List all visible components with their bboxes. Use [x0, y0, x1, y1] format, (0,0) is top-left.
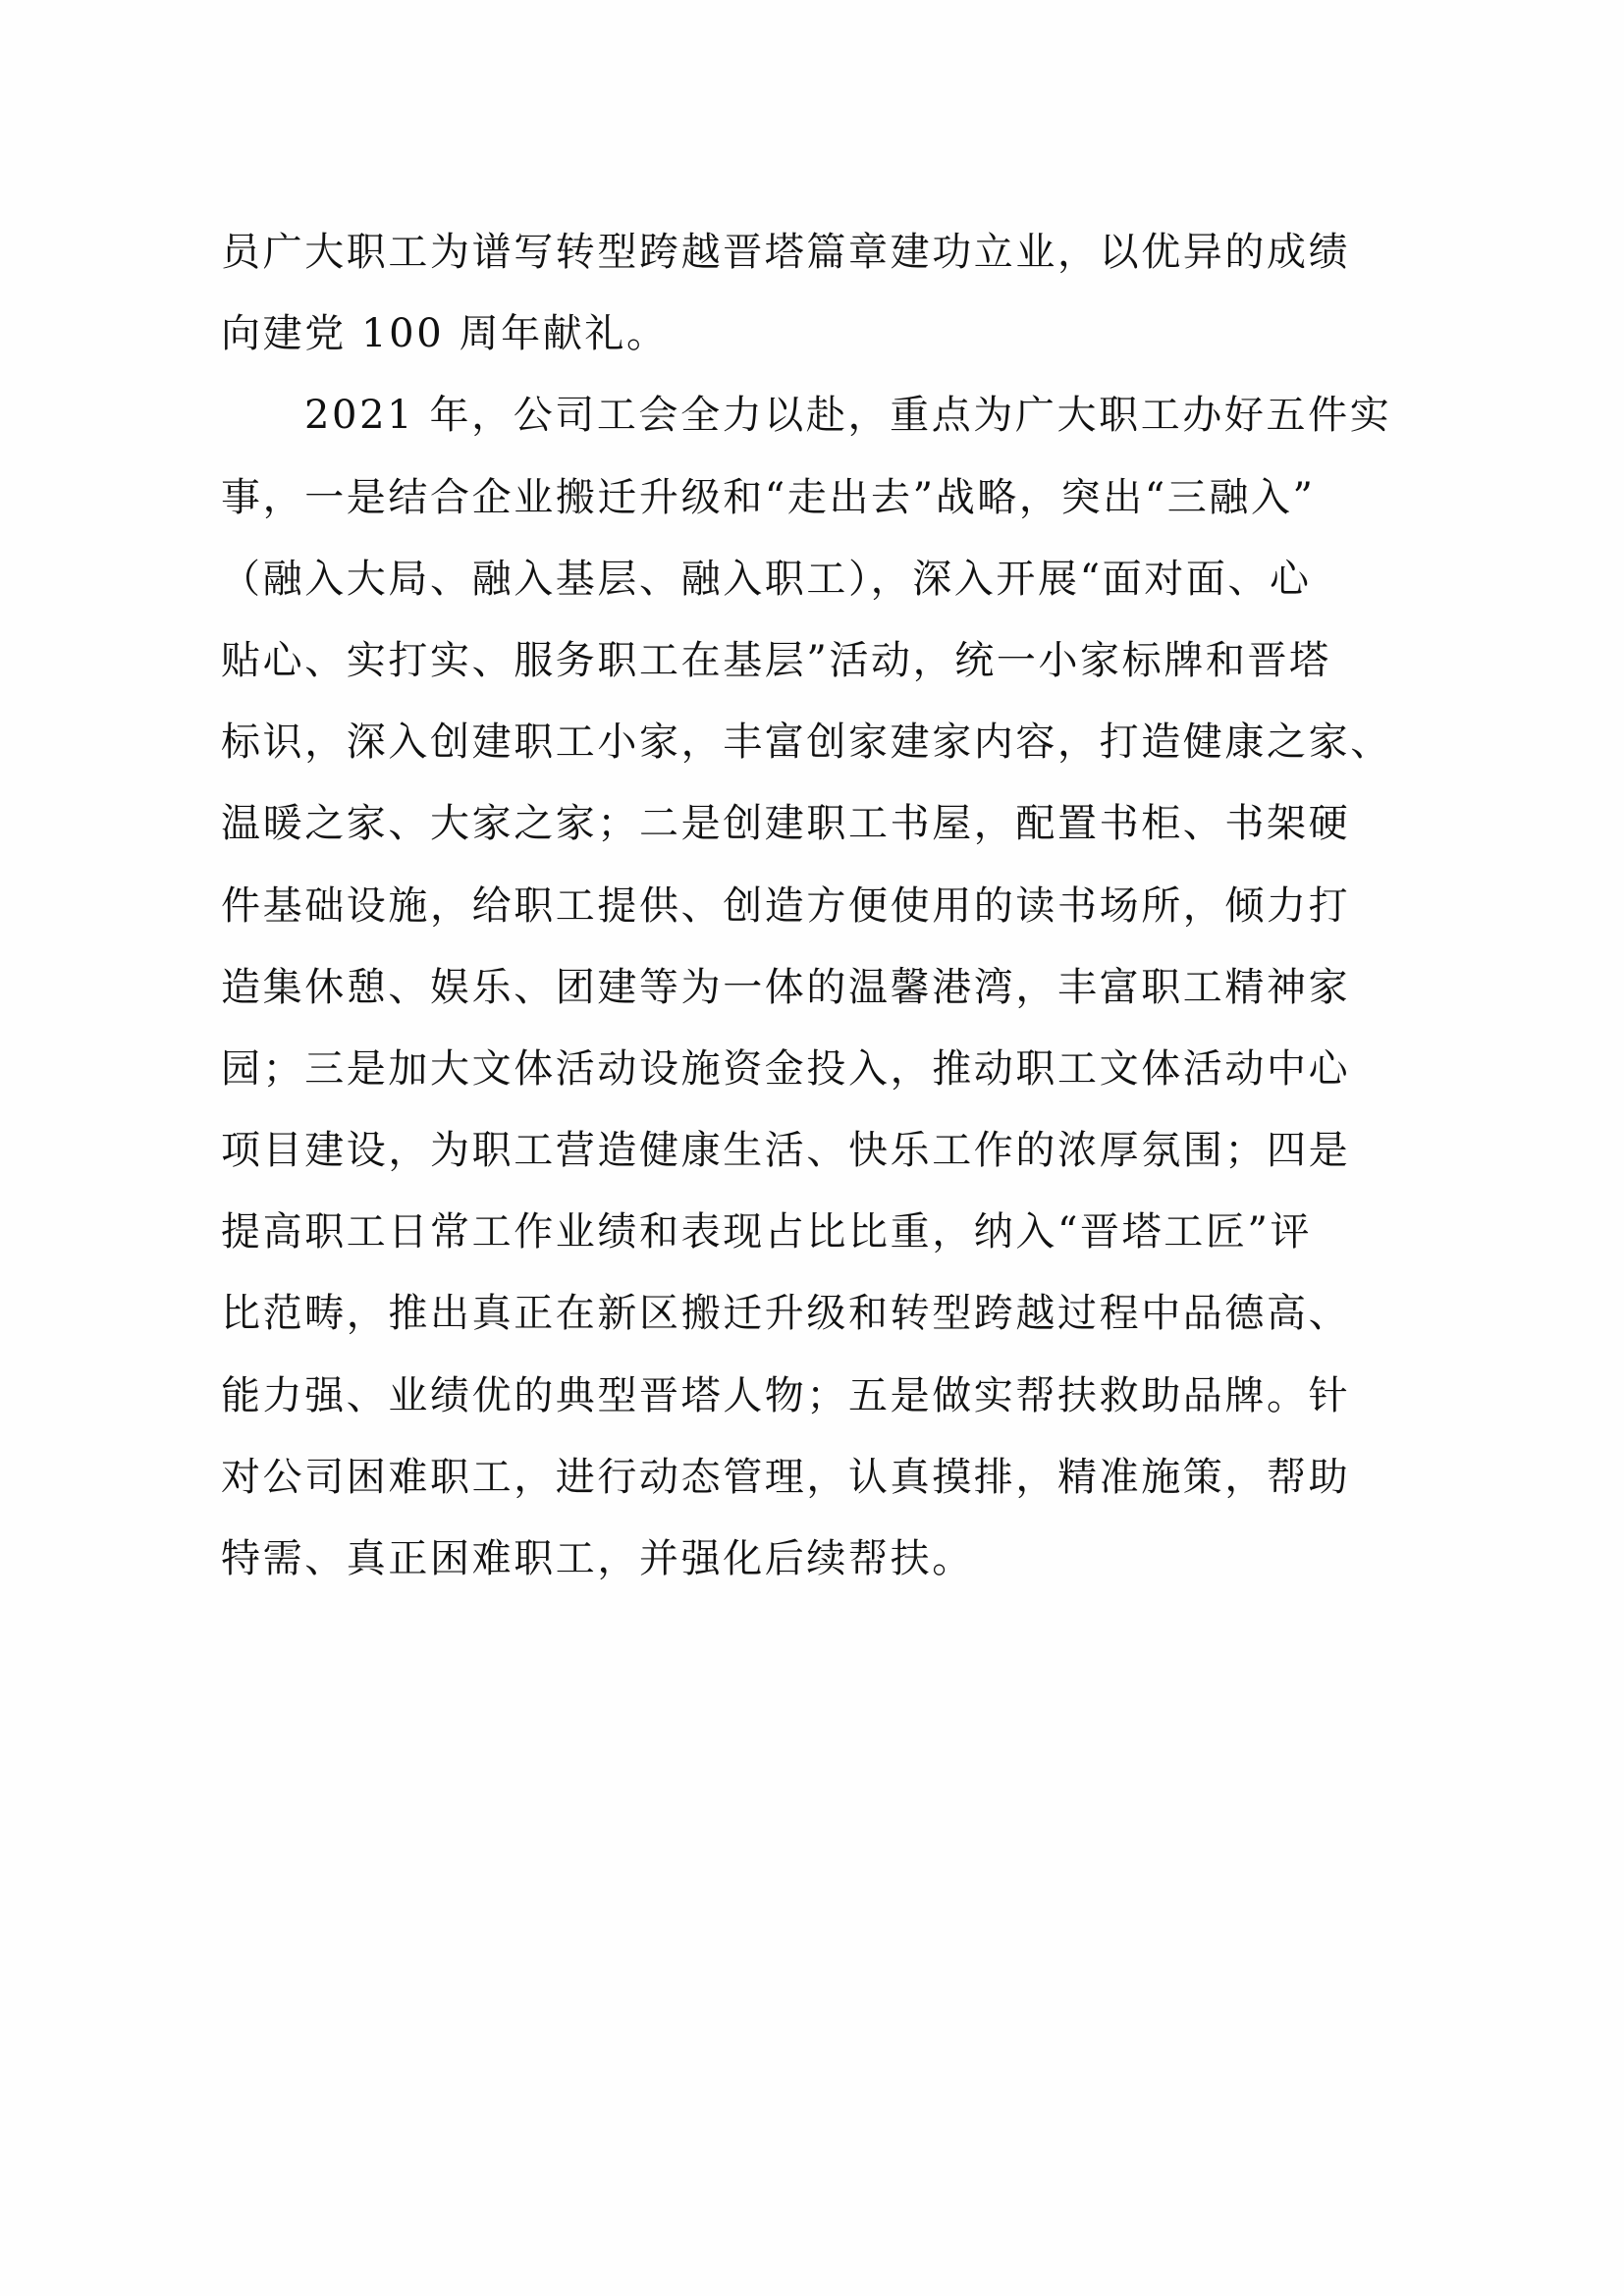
text-line: 能力强、业绩优的典型晋塔人物；五是做实帮扶救助品牌。针 — [221, 1356, 1399, 1437]
text-line: 员广大职工为谱写转型跨越晋塔篇章建功立业，以优异的成绩 — [221, 212, 1399, 294]
text-line: 温暖之家、大家之家；二是创建职工书屋，配置书柜、书架硬 — [221, 783, 1399, 865]
paragraph-continuation: 员广大职工为谱写转型跨越晋塔篇章建功立业，以优异的成绩 向建党 100 周年献礼… — [221, 212, 1399, 375]
text-line: 向建党 100 周年献礼。 — [221, 294, 1399, 375]
text-line: 造集休憩、娱乐、团建等为一体的温馨港湾，丰富职工精神家 — [221, 947, 1399, 1029]
text-line: 标识，深入创建职工小家，丰富创家建家内容，打造健康之家、 — [221, 702, 1399, 783]
document-page: 员广大职工为谱写转型跨越晋塔篇章建功立业，以优异的成绩 向建党 100 周年献礼… — [0, 0, 1624, 2296]
text-line: 件基础设施，给职工提供、创造方便使用的读书场所，倾力打 — [221, 866, 1399, 947]
body-text: 员广大职工为谱写转型跨越晋塔篇章建功立业，以优异的成绩 向建党 100 周年献礼… — [221, 212, 1399, 1600]
text-line: 项目建设，为职工营造健康生活、快乐工作的浓厚氛围；四是 — [221, 1110, 1399, 1192]
text-line: 特需、真正困难职工，并强化后续帮扶。 — [221, 1519, 1399, 1600]
text-line: 提高职工日常工作业绩和表现占比比重，纳入“晋塔工匠”评 — [221, 1192, 1399, 1273]
text-line: 园；三是加大文体活动设施资金投入，推动职工文体活动中心 — [221, 1029, 1399, 1110]
text-line: 事，一是结合企业搬迁升级和“走出去”战略，突出“三融入” — [221, 457, 1399, 539]
paragraph-five-tasks: 2021 年，公司工会全力以赴，重点为广大职工办好五件实 事，一是结合企业搬迁升… — [221, 375, 1399, 1600]
text-line: 比范畴，推出真正在新区搬迁升级和转型跨越过程中品德高、 — [221, 1273, 1399, 1355]
text-line: 对公司困难职工，进行动态管理，认真摸排，精准施策，帮助 — [221, 1437, 1399, 1519]
text-line: 贴心、实打实、服务职工在基层”活动，统一小家标牌和晋塔 — [221, 620, 1399, 702]
text-line: （融入大局、融入基层、融入职工），深入开展“面对面、心 — [221, 539, 1399, 620]
text-line-first-indented: 2021 年，公司工会全力以赴，重点为广大职工办好五件实 — [221, 375, 1399, 456]
